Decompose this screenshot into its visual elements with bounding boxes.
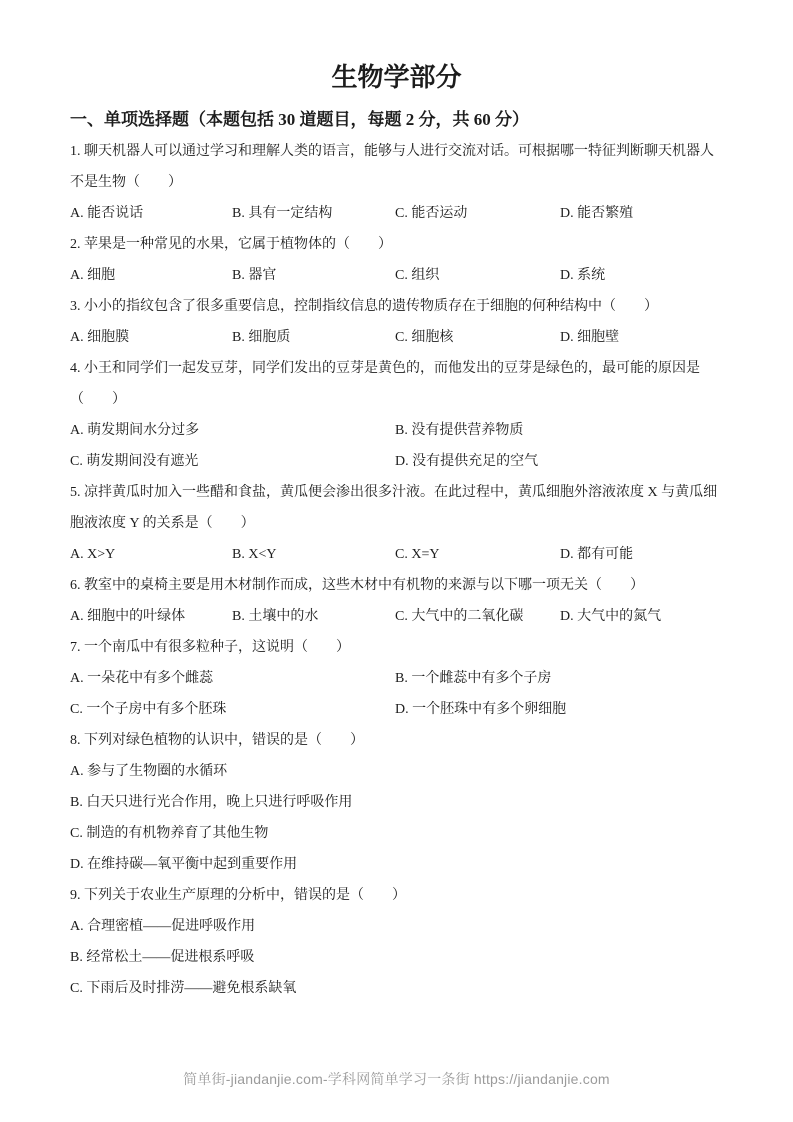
page-title: 生物学部分: [70, 60, 723, 96]
question-stem: 5. 凉拌黄瓜时加入一些醋和食盐，黄瓜便会渗出很多汁液。在此过程中，黄瓜细胞外溶…: [70, 477, 723, 539]
question-2: 2. 苹果是一种常见的水果，它属于植物体的（ ） A. 细胞 B. 器官 C. …: [70, 229, 723, 291]
option-a: A. X>Y: [70, 539, 232, 570]
question-stem: 7. 一个南瓜中有很多粒种子，这说明（ ）: [70, 632, 723, 663]
question-7: 7. 一个南瓜中有很多粒种子，这说明（ ） A. 一朵花中有多个雌蕊 B. 一个…: [70, 632, 723, 725]
option-c: C. X=Y: [395, 539, 560, 570]
question-options: A. 细胞 B. 器官 C. 组织 D. 系统: [70, 260, 723, 291]
option-b: B. 经常松土——促进根系呼吸: [70, 942, 723, 973]
option-c: C. 一个子房中有多个胚珠: [70, 694, 395, 725]
question-5: 5. 凉拌黄瓜时加入一些醋和食盐，黄瓜便会渗出很多汁液。在此过程中，黄瓜细胞外溶…: [70, 477, 723, 570]
option-c: C. 制造的有机物养育了其他生物: [70, 818, 723, 849]
option-a: A. 参与了生物圈的水循环: [70, 756, 723, 787]
question-stem: 2. 苹果是一种常见的水果，它属于植物体的（ ）: [70, 229, 723, 260]
option-d: D. 系统: [560, 260, 723, 291]
option-d: D. 在维持碳—氧平衡中起到重要作用: [70, 849, 723, 880]
question-6: 6. 教室中的桌椅主要是用木材制作而成，这些木材中有机物的来源与以下哪一项无关（…: [70, 570, 723, 632]
option-b: B. 器官: [232, 260, 395, 291]
question-options: A. 细胞中的叶绿体 B. 土壤中的水 C. 大气中的二氧化碳 D. 大气中的氮…: [70, 601, 723, 632]
option-a: A. 一朵花中有多个雌蕊: [70, 663, 395, 694]
question-stem: 1. 聊天机器人可以通过学习和理解人类的语言，能够与人进行交流对话。可根据哪一特…: [70, 136, 723, 198]
question-options: A. 合理密植——促进呼吸作用 B. 经常松土——促进根系呼吸 C. 下雨后及时…: [70, 911, 723, 1004]
option-c: C. 大气中的二氧化碳: [395, 601, 560, 632]
question-options: A. X>Y B. X<Y C. X=Y D. 都有可能: [70, 539, 723, 570]
footer-watermark: 简单街-jiandanjie.com-学科网简单学习一条街 https://ji…: [0, 1067, 793, 1091]
option-d: D. 没有提供充足的空气: [395, 446, 723, 477]
question-options: A. 能否说话 B. 具有一定结构 C. 能否运动 D. 能否繁殖: [70, 198, 723, 229]
option-c: C. 下雨后及时排涝——避免根系缺氧: [70, 973, 723, 1004]
option-b: B. 具有一定结构: [232, 198, 395, 229]
option-b: B. 土壤中的水: [232, 601, 395, 632]
option-b: B. 一个雌蕊中有多个子房: [395, 663, 723, 694]
question-1: 1. 聊天机器人可以通过学习和理解人类的语言，能够与人进行交流对话。可根据哪一特…: [70, 136, 723, 229]
option-b: B. 细胞质: [232, 322, 395, 353]
option-a: A. 合理密植——促进呼吸作用: [70, 911, 723, 942]
option-d: D. 都有可能: [560, 539, 723, 570]
document-content: 生物学部分 一、单项选择题（本题包括 30 道题目，每题 2 分，共 60 分）…: [0, 0, 793, 1004]
question-stem: 6. 教室中的桌椅主要是用木材制作而成，这些木材中有机物的来源与以下哪一项无关（…: [70, 570, 723, 601]
question-options: A. 参与了生物圈的水循环 B. 白天只进行光合作用，晚上只进行呼吸作用 C. …: [70, 756, 723, 880]
option-a: A. 细胞膜: [70, 322, 232, 353]
option-d: D. 大气中的氮气: [560, 601, 723, 632]
question-9: 9. 下列关于农业生产原理的分析中，错误的是（ ） A. 合理密植——促进呼吸作…: [70, 880, 723, 1004]
option-a: A. 萌发期间水分过多: [70, 415, 395, 446]
option-b: B. 没有提供营养物质: [395, 415, 723, 446]
option-c: C. 能否运动: [395, 198, 560, 229]
option-d: D. 一个胚珠中有多个卵细胞: [395, 694, 723, 725]
option-c: C. 萌发期间没有遮光: [70, 446, 395, 477]
question-options: A. 细胞膜 B. 细胞质 C. 细胞核 D. 细胞壁: [70, 322, 723, 353]
question-list: 1. 聊天机器人可以通过学习和理解人类的语言，能够与人进行交流对话。可根据哪一特…: [70, 136, 723, 1004]
option-a: A. 细胞: [70, 260, 232, 291]
option-c: C. 组织: [395, 260, 560, 291]
question-stem: 8. 下列对绿色植物的认识中，错误的是（ ）: [70, 725, 723, 756]
question-8: 8. 下列对绿色植物的认识中，错误的是（ ） A. 参与了生物圈的水循环 B. …: [70, 725, 723, 880]
option-b: B. X<Y: [232, 539, 395, 570]
option-b: B. 白天只进行光合作用，晚上只进行呼吸作用: [70, 787, 723, 818]
question-stem: 4. 小王和同学们一起发豆芽，同学们发出的豆芽是黄色的，而他发出的豆芽是绿色的，…: [70, 353, 723, 415]
question-options: A. 萌发期间水分过多 B. 没有提供营养物质 C. 萌发期间没有遮光 D. 没…: [70, 415, 723, 477]
option-c: C. 细胞核: [395, 322, 560, 353]
option-d: D. 能否繁殖: [560, 198, 723, 229]
question-3: 3. 小小的指纹包含了很多重要信息，控制指纹信息的遗传物质存在于细胞的何种结构中…: [70, 291, 723, 353]
document-page: 生物学部分 一、单项选择题（本题包括 30 道题目，每题 2 分，共 60 分）…: [0, 0, 793, 1122]
question-4: 4. 小王和同学们一起发豆芽，同学们发出的豆芽是黄色的，而他发出的豆芽是绿色的，…: [70, 353, 723, 477]
question-options: A. 一朵花中有多个雌蕊 B. 一个雌蕊中有多个子房 C. 一个子房中有多个胚珠…: [70, 663, 723, 725]
option-a: A. 细胞中的叶绿体: [70, 601, 232, 632]
question-stem: 9. 下列关于农业生产原理的分析中，错误的是（ ）: [70, 880, 723, 911]
option-a: A. 能否说话: [70, 198, 232, 229]
option-d: D. 细胞壁: [560, 322, 723, 353]
question-stem: 3. 小小的指纹包含了很多重要信息，控制指纹信息的遗传物质存在于细胞的何种结构中…: [70, 291, 723, 322]
section-header: 一、单项选择题（本题包括 30 道题目，每题 2 分，共 60 分）: [70, 106, 723, 134]
